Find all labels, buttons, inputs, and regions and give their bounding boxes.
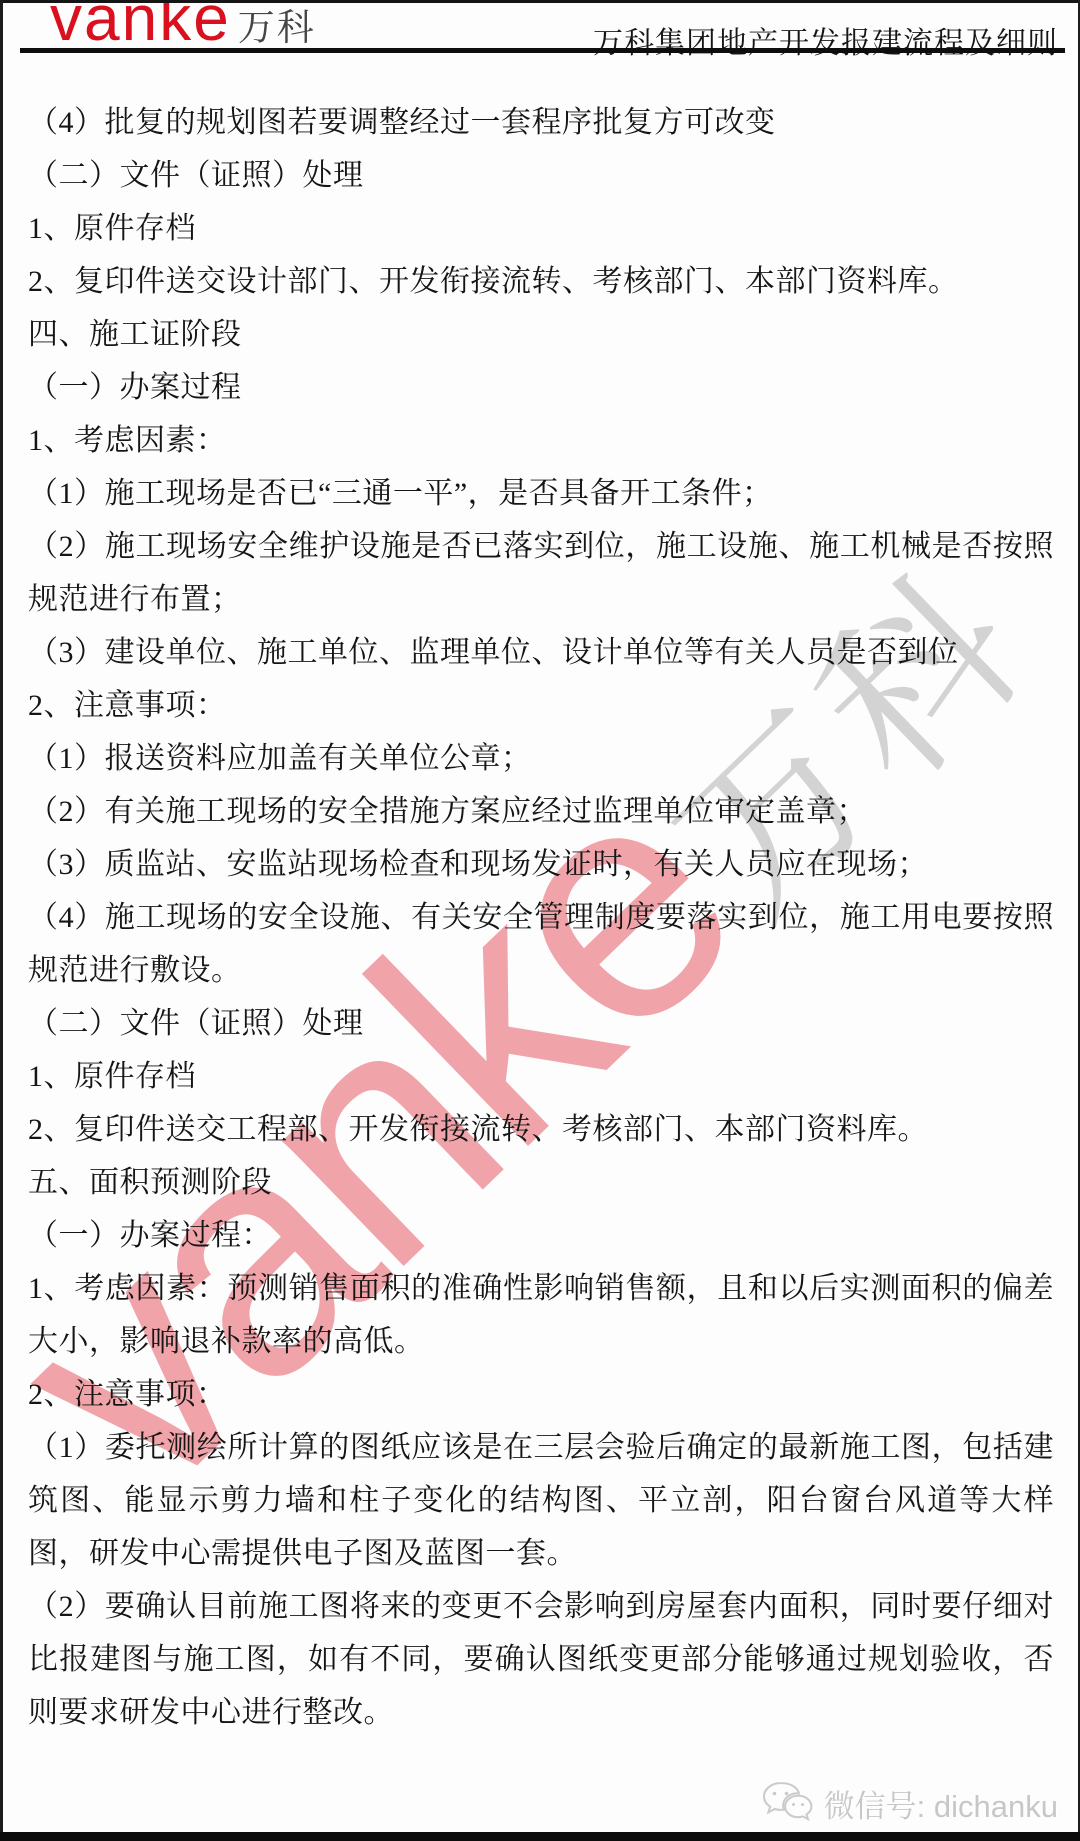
body-paragraph: 1、考虑因素：预测销售面积的准确性影响销售额，且和以后实测面积的偏差大小，影响退…: [28, 1262, 1054, 1368]
body-paragraph: （4）批复的规划图若要调整经过一套程序批复方可改变: [28, 96, 1054, 149]
body-paragraph: （1）报送资料应加盖有关单位公章；: [28, 732, 1054, 785]
body-paragraph: （3）建设单位、施工单位、监理单位、设计单位等有关人员是否到位: [28, 626, 1054, 679]
body-paragraph: （二）文件（证照）处理: [28, 997, 1054, 1050]
body-paragraph: 2、注意事项：: [28, 1368, 1054, 1421]
body-paragraph: （2）要确认目前施工图将来的变更不会影响到房屋套内面积，同时要仔细对比报建图与施…: [28, 1580, 1054, 1739]
footer: 微信号: dichanku: [760, 1780, 1058, 1826]
body-paragraph: 五、面积预测阶段: [28, 1156, 1054, 1209]
body-paragraph: 2、复印件送交设计部门、开发衔接流转、考核部门、本部门资料库。: [28, 255, 1054, 308]
wechat-id-label: 微信号: dichanku: [824, 1781, 1058, 1826]
page-edge-top: [0, 0, 1080, 3]
body-paragraph: （1）委托测绘所计算的图纸应该是在三层会验后确定的最新施工图，包括建筑图、能显示…: [28, 1421, 1054, 1580]
body-paragraph: 2、注意事项：: [28, 679, 1054, 732]
body-paragraph: （1）施工现场是否已“三通一平”，是否具备开工条件；: [28, 467, 1054, 520]
vanke-logo-latin: vanke: [50, 0, 231, 50]
body-paragraph: 1、考虑因素：: [28, 414, 1054, 467]
header-divider: [20, 48, 1065, 53]
body-paragraph: （一）办案过程: [28, 361, 1054, 414]
body-paragraph: 1、原件存档: [28, 202, 1054, 255]
wechat-icon: [760, 1780, 818, 1826]
body-paragraph: 1、原件存档: [28, 1050, 1054, 1103]
body-paragraph: （3）质监站、安监站现场检查和现场发证时，有关人员应在现场；: [28, 838, 1054, 891]
page-edge-left: [0, 0, 3, 1841]
document-header-title: 万科集团地产开发报建流程及细则: [593, 18, 1058, 62]
bottom-black-bar: [0, 1832, 1080, 1841]
document-body: （4）批复的规划图若要调整经过一套程序批复方可改变（二）文件（证照）处理1、原件…: [28, 96, 1054, 1739]
body-paragraph: 2、复印件送交工程部、开发衔接流转、考核部门、本部门资料库。: [28, 1103, 1054, 1156]
document-page: vanke 万科 万科集团地产开发报建流程及细则 vanke万科 （4）批复的规…: [0, 0, 1080, 1841]
body-paragraph: 四、施工证阶段: [28, 308, 1054, 361]
body-paragraph: （一）办案过程：: [28, 1209, 1054, 1262]
body-paragraph: （二）文件（证照）处理: [28, 149, 1054, 202]
vanke-logo-cjk: 万科: [238, 9, 316, 46]
body-paragraph: （4）施工现场的安全设施、有关安全管理制度要落实到位，施工用电要按照规范进行敷设…: [28, 891, 1054, 997]
vanke-logo: vanke 万科: [50, 0, 316, 50]
body-paragraph: （2）有关施工现场的安全措施方案应经过监理单位审定盖章；: [28, 785, 1054, 838]
body-paragraph: （2）施工现场安全维护设施是否已落实到位，施工设施、施工机械是否按照规范进行布置…: [28, 520, 1054, 626]
